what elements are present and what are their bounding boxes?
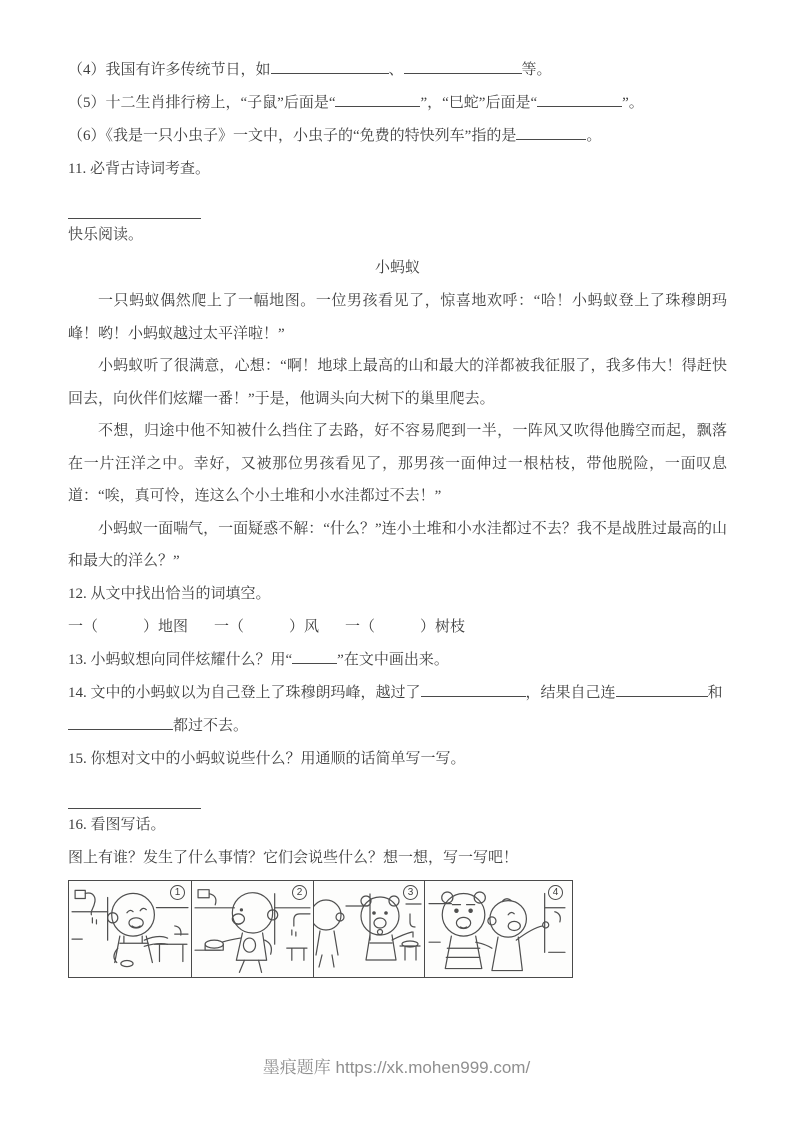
question-10-5: （5）十二生肖排行榜上，“子鼠”后面是“”，“巳蛇”后面是“”。: [68, 87, 727, 120]
footer-watermark-text: 墨痕题库 https://xk.mohen999.com/: [263, 1058, 530, 1077]
question-text: （6）《我是一只小虫子》一文中，小虫子的“免费的特快列车”指的是: [68, 128, 516, 144]
question-text: 都过不去。: [173, 718, 248, 734]
question-text: ”，“巳蛇”后面是“: [420, 95, 537, 111]
section-reading-label: 快乐阅读。: [68, 219, 727, 252]
question-12: 12. 从文中找出恰当的词填空。: [68, 578, 727, 611]
question-text: 等。: [522, 62, 552, 78]
question-13: 13. 小蚂蚁想向同伴炫耀什么？用“”在文中画出来。: [68, 644, 727, 677]
passage-paragraph-4: 小蚂蚁一面喘气，一面疑惑不解：“什么？”连小土堆和小水洼都过不去？我不是战胜过最…: [68, 513, 727, 578]
passage-paragraph-3: 不想，归途中他不知被什么挡住了去路，好不容易爬到一半，一阵风又吹得他腾空而起，飘…: [68, 415, 727, 513]
answer-line-q11: [68, 186, 201, 219]
comic-panel-2: 2: [191, 881, 313, 977]
comic-panel-4: 4: [424, 881, 569, 977]
answer-blank: [335, 94, 420, 107]
prompt-text: 图上有谁？发生了什么事情？它们会说些什么？想一想，写一写吧！: [68, 850, 518, 866]
question-15: 15. 你想对文中的小蚂蚁说些什么？用通顺的话简单写一写。: [68, 743, 727, 776]
answer-blank: [292, 651, 337, 664]
panel-number-4: 4: [548, 885, 563, 900]
question-16: 16. 看图写话。: [68, 809, 727, 842]
answer-line-q15: [68, 776, 201, 809]
question-10-6: （6）《我是一只小虫子》一文中，小虫子的“免费的特快列车”指的是。: [68, 120, 727, 153]
exam-page: （4）我国有许多传统节日，如、等。 （5）十二生肖排行榜上，“子鼠”后面是“”，…: [0, 0, 793, 1122]
answer-blank: [68, 717, 173, 730]
question-text: 16. 看图写话。: [68, 817, 166, 833]
answer-blank: [516, 127, 586, 140]
question-text: （4）我国有许多传统节日，如: [68, 62, 271, 78]
question-text: 12. 从文中找出恰当的词填空。: [68, 586, 271, 602]
question-text: 11. 必背古诗词考查。: [68, 161, 210, 177]
answer-blank: [537, 94, 622, 107]
question-12-fill-line: 一（ ）地图一（ ）风一（ ）树枝: [68, 611, 727, 644]
answer-blank: [404, 61, 522, 74]
answer-blank: [616, 684, 708, 697]
section-text: 快乐阅读。: [68, 227, 143, 243]
panel-number-1: 1: [170, 885, 185, 900]
question-10-4: （4）我国有许多传统节日，如、等。: [68, 54, 727, 87]
question-text: 15. 你想对文中的小蚂蚁说些什么？用通顺的话简单写一写。: [68, 751, 466, 767]
passage-title: 小蚂蚁: [68, 252, 727, 285]
comic-panel-3: 3: [313, 881, 424, 977]
question-text: 。: [586, 128, 601, 144]
question-14-continuation: 都过不去。: [68, 710, 727, 743]
fill-item-map: 一（ ）地图: [68, 611, 188, 644]
answer-blank: [271, 61, 389, 74]
fill-item-wind: 一（ ）风: [214, 611, 319, 644]
answer-blank: [421, 684, 526, 697]
passage-paragraph-1: 一只蚂蚁偶然爬上了一幅地图。一位男孩看见了，惊喜地欢呼：“哈！小蚂蚁登上了珠穆朗…: [68, 285, 727, 350]
fill-item-branch: 一（ ）树枝: [345, 611, 465, 644]
question-text: ”在文中画出来。: [337, 652, 449, 668]
question-text: 和: [708, 685, 723, 701]
question-14: 14. 文中的小蚂蚁以为自己登上了珠穆朗玛峰，越过了，结果自己连和: [68, 677, 727, 710]
question-text: 、: [389, 62, 404, 78]
question-text: 13. 小蚂蚁想向同伴炫耀什么？用“: [68, 652, 292, 668]
comic-strip: 1: [68, 880, 573, 978]
panel-number-2: 2: [292, 885, 307, 900]
question-text: （5）十二生肖排行榜上，“子鼠”后面是“: [68, 95, 335, 111]
panel-number-3: 3: [403, 885, 418, 900]
question-text: ”。: [622, 95, 644, 111]
passage-title-text: 小蚂蚁: [375, 260, 420, 276]
passage-paragraph-2: 小蚂蚁听了很满意，心想：“啊！地球上最高的山和最大的洋都被我征服了，我多伟大！得…: [68, 350, 727, 415]
question-11: 11. 必背古诗词考查。: [68, 153, 727, 186]
comic-panel-1: 1: [69, 881, 191, 977]
question-16-prompt: 图上有谁？发生了什么事情？它们会说些什么？想一想，写一写吧！: [68, 842, 727, 875]
question-text: ，结果自己连: [526, 685, 616, 701]
footer: 墨痕题库 https://xk.mohen999.com/: [0, 1053, 793, 1078]
question-text: 14. 文中的小蚂蚁以为自己登上了珠穆朗玛峰，越过了: [68, 685, 421, 701]
bear-and-monkey-talking-drawing: [425, 881, 569, 977]
